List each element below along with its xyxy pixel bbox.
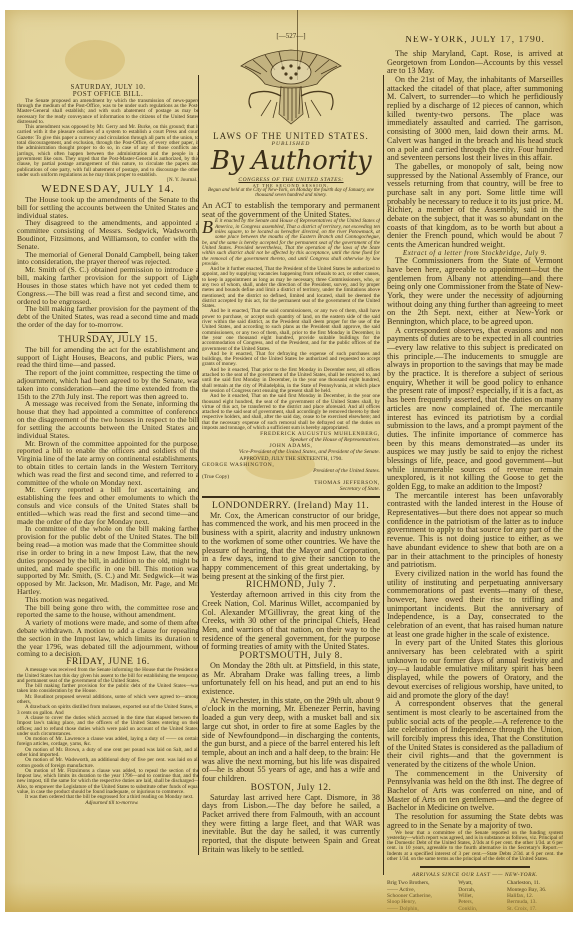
- article-paragraph: They disagreed to the amendments, and ap…: [17, 219, 199, 250]
- article-paragraph: The bill for amending the act for the es…: [17, 346, 199, 369]
- article-paragraph: The mercantile interest has been unfavor…: [387, 492, 563, 570]
- act-section: And be it enacted, That for defraying th…: [202, 352, 380, 368]
- article-paragraph: The Commissioners from the State of Verm…: [387, 257, 563, 327]
- article-paragraph: On the 21st of May, the inhabitants of M…: [387, 76, 563, 163]
- article-paragraph: A correspondent observes, that evasions …: [387, 327, 563, 492]
- signatures: FREDERICK AUGUSTUS MUHLENBERG, Speaker o…: [202, 431, 380, 491]
- arrivals-list: Brig Two Brothers, Wyatt, Charleston, 11…: [387, 880, 563, 912]
- masthead-laws: LAWS OF THE UNITED STATES.: [202, 131, 380, 141]
- article-paragraph: The resolution for assuming the State de…: [387, 813, 563, 830]
- article-paragraph: A correspondent observes that the genera…: [387, 700, 563, 770]
- article-paragraph: Mr. Gerry reported a bill for ascertaini…: [17, 486, 199, 525]
- adjourned-note: Adjourned till to-morrow.: [17, 801, 199, 806]
- article-paragraph: Mr. Smith of (S. C.) obtained permission…: [17, 266, 199, 305]
- article-paragraph: Yesterday afternoon arrived in this city…: [202, 591, 380, 652]
- article-paragraph: The memorial of General Donald Campbell,…: [17, 251, 199, 267]
- article-paragraph: Mr. Cox, the American constructor of our…: [202, 512, 380, 582]
- article-paragraph: The gabelles, or monopoly of salt, being…: [387, 163, 563, 250]
- article-paragraph: On motion of Mr. Fitzsimons a clause was…: [17, 769, 199, 795]
- article-paragraph: The commencement in the University of Pe…: [387, 770, 563, 813]
- act-section: And be it further enacted, That the Pres…: [202, 267, 380, 309]
- article-paragraph: The ship Maryland, Capt. Rose, is arrive…: [387, 50, 563, 76]
- session-begun-text: Begun and held at the City of New-York, …: [202, 188, 380, 199]
- article-paragraph: A clause to cover the duties which accru…: [17, 716, 199, 737]
- left-column: SATURDAY, JULY 10. POST OFFICE BILL. The…: [17, 84, 199, 806]
- page-number: [—527—]: [202, 32, 380, 40]
- article-paragraph: This amendment was opposed by Mr. Gerry …: [17, 125, 199, 178]
- article-paragraph: A variety of motions were made, and some…: [17, 619, 199, 658]
- article-paragraph: On Monday the 28th ult. at Pittsfield, i…: [202, 662, 380, 697]
- article-paragraph: The Senate proposed an amendment by whic…: [17, 99, 199, 125]
- article-paragraph: At Newchester, in this state, on the 29t…: [202, 697, 380, 784]
- article-paragraph: Every civilized nation in the world has …: [387, 570, 563, 640]
- article-paragraph: We hear that a committee of the Senate r…: [387, 831, 563, 863]
- act-title: An ACT to establish the temporary and pe…: [202, 201, 380, 219]
- divider: [420, 866, 530, 868]
- article-paragraph: A message was received from the Senate i…: [17, 668, 199, 684]
- article-paragraph: The bill being gone thro with, the commi…: [17, 604, 199, 620]
- act-section: And be it enacted, That the said commiss…: [202, 309, 380, 351]
- article-paragraph: In every part of the United States this …: [387, 639, 563, 700]
- column-rule: [383, 75, 384, 875]
- paper-stain: [65, 40, 125, 80]
- article-paragraph: The bill making farther provision for th…: [17, 305, 199, 328]
- act-section: And be it enacted, That prior to the fir…: [202, 368, 380, 394]
- article-paragraph: Mr. Brown of the committee appointed for…: [17, 440, 199, 487]
- middle-column: [—527—] LAWS OF THE UNITED STATES: [202, 30, 380, 854]
- masthead-by-authority: By Authority: [202, 147, 380, 176]
- drop-cap: B: [202, 219, 213, 235]
- divider: [88, 332, 128, 333]
- arrival-vessel: —— Dolphin,: [387, 906, 454, 912]
- eagle-emblem-icon: [231, 44, 351, 129]
- act-section: BE it enacted by the Senate and House of…: [202, 219, 380, 267]
- newspaper-page: SATURDAY, JULY 10. POST OFFICE BILL. The…: [5, 10, 573, 912]
- right-column: NEW-YORK, JULY 17, 1790. The ship Maryla…: [387, 36, 563, 912]
- act-section: And be it enacted, That on the said firs…: [202, 394, 380, 431]
- article-paragraph: Saturday last arrived here Capt. Dismore…: [202, 794, 380, 855]
- arrival-master: Conklin,: [458, 906, 503, 912]
- article-paragraph: In committee of the whole on the bill ma…: [17, 525, 199, 595]
- article-paragraph: The report of the joint committee, respe…: [17, 369, 199, 400]
- article-paragraph: A message was received from the Senate, …: [17, 400, 199, 439]
- act-text: E it enacted by the Senate and House of …: [202, 218, 380, 266]
- secretary-title: Secretary of State.: [202, 486, 380, 492]
- arrival-port: St. Croix, 17.: [507, 906, 563, 912]
- article-paragraph: The House took up the amendments of the …: [17, 196, 199, 219]
- dateline-heading: NEW-YORK, JULY 17, 1790.: [387, 36, 563, 46]
- arrivals-heading: ARRIVALS SINCE OUR LAST —— NEW-YORK.: [387, 872, 563, 878]
- section-divider: [202, 496, 380, 498]
